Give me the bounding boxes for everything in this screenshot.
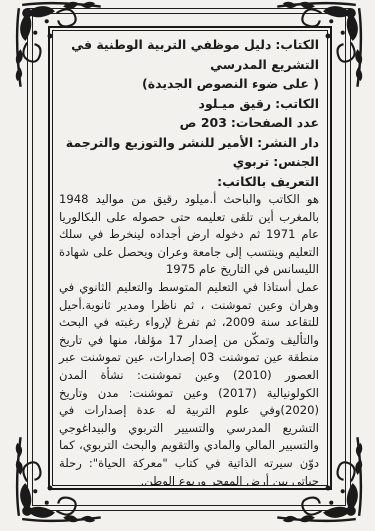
book-info-page: الكتاب:دليل موظفي التربية الوطنية في الت…: [0, 0, 375, 531]
page-count-label: عدد الصفحات:: [231, 115, 319, 130]
document-content: الكتاب:دليل موظفي التربية الوطنية في الت…: [59, 35, 319, 486]
bio-paragraph-1: هو الكاتب والباحث أ.ميلود رقيق من مواليد…: [59, 191, 319, 279]
book-title-line: الكتاب:دليل موظفي التربية الوطنية في الت…: [59, 35, 319, 74]
genre-label: الجنس:: [273, 154, 319, 169]
author-line: الكاتب:رقيق ميـلود: [59, 94, 319, 114]
publisher-label: دار النشر:: [257, 135, 319, 150]
author-value: رقيق ميـلود: [199, 96, 272, 111]
genre-line: الجنس:تربوي: [59, 152, 319, 172]
text-frame-inner: الكتاب:دليل موظفي التربية الوطنية في الت…: [52, 30, 328, 486]
page-count-value: 203 ص: [180, 115, 227, 130]
author-label: الكاتب:: [275, 96, 319, 111]
text-frame: الكتاب:دليل موظفي التربية الوطنية في الت…: [48, 26, 332, 490]
bio-paragraph-2: عمل أستاذا في التعليم المتوسط والتعليم ا…: [59, 279, 319, 486]
author-bio-heading: التعريف بالكاتب:: [59, 172, 319, 192]
book-subtitle-value: ( على ضوء النصوص الجديدة): [142, 76, 319, 91]
author-bio: هو الكاتب والباحث أ.ميلود رقيق من مواليد…: [59, 191, 319, 486]
book-info-section: الكتاب:دليل موظفي التربية الوطنية في الت…: [59, 35, 319, 191]
publisher-line: دار النشر:الأمير للنشر والتوزيع والترجمة: [59, 133, 319, 153]
genre-value: تربوي: [233, 154, 269, 169]
page-count-line: عدد الصفحات:203 ص: [59, 113, 319, 133]
author-bio-heading-label: التعريف بالكاتب:: [217, 174, 319, 189]
book-title-label: الكتاب:: [275, 37, 319, 52]
book-subtitle-line: ( على ضوء النصوص الجديدة): [59, 74, 319, 94]
publisher-value: الأمير للنشر والتوزيع والترجمة: [66, 135, 253, 150]
